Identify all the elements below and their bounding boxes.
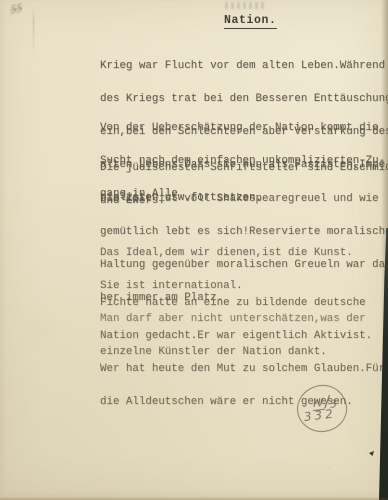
handwritten-page-number: 55 xyxy=(10,2,23,18)
ink-speck xyxy=(369,451,374,456)
text-line: Das Ideal,dem wir dienen,ist die Kunst. xyxy=(100,248,388,259)
text-line: Fichte hatte an eine zu bildende deutsch… xyxy=(100,298,388,309)
paper-crease xyxy=(33,6,34,58)
text-line: Krieg war Flucht vor dem alten Leben.Wäh… xyxy=(100,61,388,72)
document-page: 55 Nation. Krieg war Flucht vor dem alte… xyxy=(0,0,388,500)
text-line: Wer hat heute den Mut zu solchem Glauben… xyxy=(100,364,388,375)
text-line: Von der Ueberschätzung der Nation kommt … xyxy=(100,123,388,134)
text-line: Die Zeit ist voll Shakespearegreuel und … xyxy=(100,194,388,205)
text-line: Nation gedacht.Er war eigentlich Aktivis… xyxy=(100,331,388,342)
erased-pencil-smudge xyxy=(225,2,267,9)
stamp-denominator: 3 xyxy=(329,398,337,410)
page-title: Nation. xyxy=(224,14,277,29)
